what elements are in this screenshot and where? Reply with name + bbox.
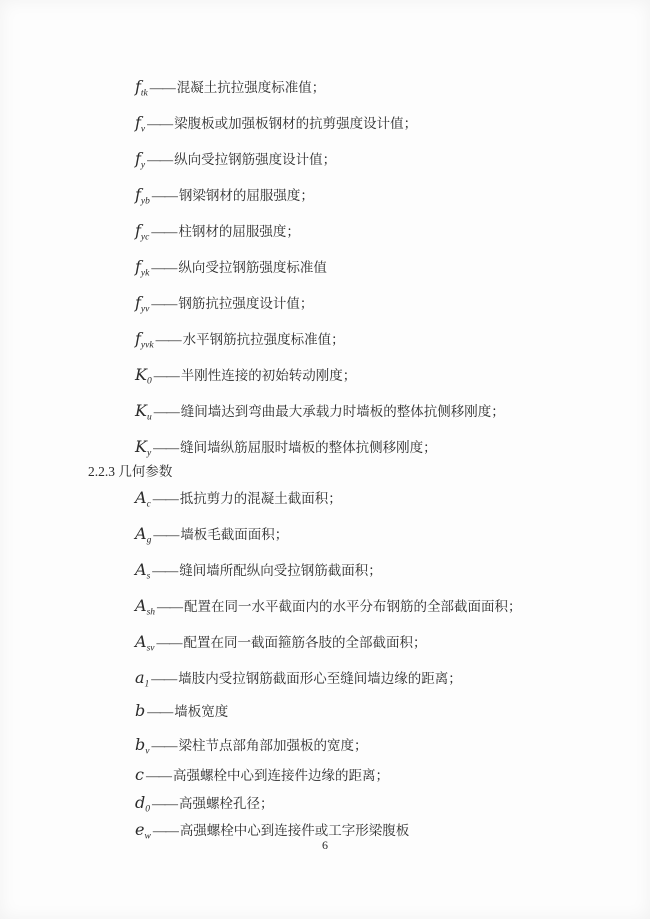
symbol: fy [135, 152, 145, 167]
symbol-definition: 缝间墙所配纵向受拉钢筋截面积； [179, 563, 382, 578]
symbol: ew [135, 823, 151, 838]
dash-separator: —— [147, 152, 172, 167]
dash-separator: —— [156, 332, 181, 347]
dash-separator: —— [152, 188, 177, 203]
symbol-definition: 墙板毛截面面积； [180, 527, 288, 542]
symbol-definition-row: bv——梁柱节点部角部加强板的宽度； [135, 734, 610, 756]
dash-separator: —— [156, 635, 181, 650]
symbol-definition-row: fyvk——水平钢筋抗拉强度标准值； [135, 328, 610, 350]
symbol-definition-row: fv——梁腹板或加强板钢材的抗剪强度设计值； [135, 112, 610, 134]
dash-separator: —— [153, 491, 178, 506]
dash-separator: —— [153, 527, 178, 542]
symbol-definition-row: fyb——钢梁钢材的屈服强度； [135, 184, 610, 206]
symbol-definition-row: b——墙板宽度 [135, 700, 610, 722]
symbol: K0 [135, 368, 152, 383]
symbol: c [135, 768, 144, 783]
symbol-definition: 梁柱节点部角部加强板的宽度； [178, 738, 367, 753]
symbol: ftk [135, 80, 148, 95]
symbol: fyk [135, 260, 149, 275]
symbol-definition: 梁腹板或加强板钢材的抗剪强度设计值； [174, 116, 417, 131]
symbol-definition: 钢筋抗拉强度设计值； [178, 296, 313, 311]
symbol: b [135, 704, 145, 719]
symbol-definition: 柱钢材的屈服强度； [178, 224, 300, 239]
symbol-definition: 墙肢内受拉钢筋截面形心至缝间墙边缘的距离； [178, 671, 462, 686]
symbol: fyc [135, 224, 149, 239]
symbol-definition-row: fy——纵向受拉钢筋强度设计值； [135, 148, 610, 170]
symbol-definition: 高强螺栓中心到连接件边缘的距离； [173, 768, 389, 783]
symbol-definition: 水平钢筋抗拉强度标准值； [183, 332, 345, 347]
dash-separator: —— [151, 738, 176, 753]
symbol-definition-row: fyc——柱钢材的屈服强度； [135, 220, 610, 242]
dash-separator: —— [153, 440, 178, 455]
symbol-definition: 半刚性连接的初始转动刚度； [181, 368, 357, 383]
dash-separator: —— [147, 116, 172, 131]
symbol: Asv [135, 635, 154, 650]
symbol: d0 [135, 796, 150, 811]
dash-separator: —— [154, 404, 179, 419]
symbol-definition-row: Ac——抵抗剪力的混凝土截面积； [135, 487, 610, 509]
dash-separator: —— [153, 823, 178, 838]
symbol-definition: 墙板宽度 [174, 704, 228, 719]
symbol-definition: 抵抗剪力的混凝土截面积； [180, 491, 342, 506]
symbol-definition: 纵向受拉钢筋强度设计值； [174, 152, 336, 167]
dash-separator: —— [157, 599, 182, 614]
symbol: bv [135, 738, 149, 753]
symbol: fyb [135, 188, 150, 203]
symbol-definition-row: c——高强螺栓中心到连接件边缘的距离； [135, 764, 610, 786]
symbol: Ky [135, 440, 151, 455]
symbol-list-geometry: Ac——抵抗剪力的混凝土截面积；Ag——墙板毛截面面积；As——缝间墙所配纵向受… [0, 487, 650, 841]
symbol-definition-row: As——缝间墙所配纵向受拉钢筋截面积； [135, 559, 610, 581]
dash-separator: —— [146, 768, 171, 783]
symbol-definition-row: K0——半刚性连接的初始转动刚度； [135, 364, 610, 386]
symbol: Ash [135, 599, 155, 614]
dash-separator: —— [151, 296, 176, 311]
symbol-definition: 配置在同一截面箍筋各肢的全部截面积； [183, 635, 426, 650]
symbol-definition-row: Ash——配置在同一水平截面内的水平分布钢筋的全部截面面积； [135, 595, 610, 617]
dash-separator: —— [151, 671, 176, 686]
dash-separator: —— [151, 260, 176, 275]
symbol-definition: 缝间墙达到弯曲最大承载力时墙板的整体抗侧移刚度； [181, 404, 505, 419]
symbol-definition-row: d0——高强螺栓孔径； [135, 792, 610, 814]
dash-separator: —— [150, 80, 175, 95]
symbol: Ac [135, 491, 151, 506]
symbol-definition: 配置在同一水平截面内的水平分布钢筋的全部截面面积； [184, 599, 522, 614]
symbol-definition: 高强螺栓中心到连接件或工字形梁腹板 [180, 823, 410, 838]
symbol-definition-row: fyk——纵向受拉钢筋强度标准值 [135, 256, 610, 278]
symbol: fyvk [135, 332, 154, 347]
symbol-definition-row: Ky——缝间墙纵筋屈服时墙板的整体抗侧移刚度； [135, 436, 610, 458]
symbol-definition: 混凝土抗拉强度标准值； [177, 80, 326, 95]
dash-separator: —— [152, 563, 177, 578]
symbol-definition: 缝间墙纵筋屈服时墙板的整体抗侧移刚度； [180, 440, 437, 455]
symbol: Ku [135, 404, 152, 419]
symbol-definition-row: fyv——钢筋抗拉强度设计值； [135, 292, 610, 314]
symbol: fv [135, 116, 145, 131]
page-content: ftk——混凝土抗拉强度标准值；fv——梁腹板或加强板钢材的抗剪强度设计值；fy… [0, 0, 650, 841]
symbol-definition-row: Ag——墙板毛截面面积； [135, 523, 610, 545]
page-number: 6 [0, 838, 650, 853]
dash-separator: —— [152, 796, 177, 811]
symbol: Ag [135, 527, 151, 542]
symbol: a1 [135, 671, 149, 686]
symbol-definition: 纵向受拉钢筋强度标准值 [178, 260, 327, 275]
symbol: fyv [135, 296, 149, 311]
symbol-definition-row: a1——墙肢内受拉钢筋截面形心至缝间墙边缘的距离； [135, 667, 610, 689]
symbol-definition: 钢梁钢材的屈服强度； [179, 188, 314, 203]
symbol-definition-row: Ku——缝间墙达到弯曲最大承载力时墙板的整体抗侧移刚度； [135, 400, 610, 422]
dash-separator: —— [154, 368, 179, 383]
symbol: As [135, 563, 150, 578]
symbol-definition-row: Asv——配置在同一截面箍筋各肢的全部截面积； [135, 631, 610, 653]
symbol-definition: 高强螺栓孔径； [179, 796, 274, 811]
symbol-list-top: ftk——混凝土抗拉强度标准值；fv——梁腹板或加强板钢材的抗剪强度设计值；fy… [0, 76, 650, 458]
section-heading: 2.2.3 几何参数 [88, 462, 650, 482]
dash-separator: —— [147, 704, 172, 719]
symbol-definition-row: ftk——混凝土抗拉强度标准值； [135, 76, 610, 98]
document-page: ftk——混凝土抗拉强度标准值；fv——梁腹板或加强板钢材的抗剪强度设计值；fy… [0, 0, 650, 919]
dash-separator: —— [151, 224, 176, 239]
